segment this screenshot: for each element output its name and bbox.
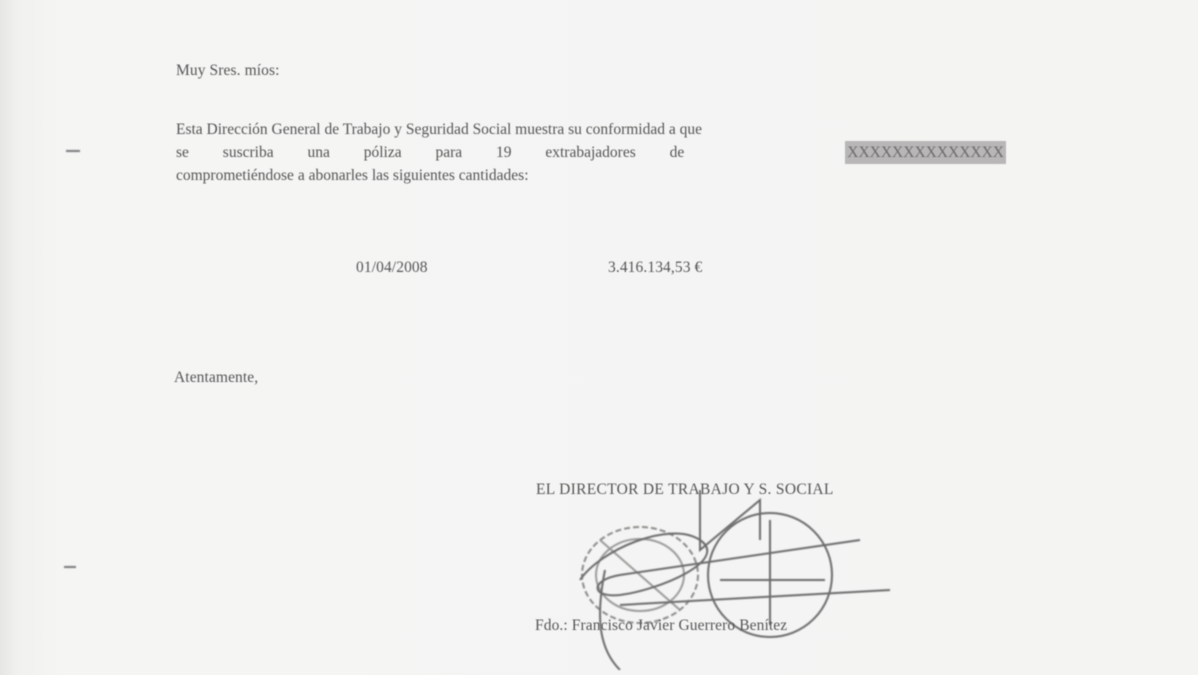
body-text: comprometiéndose a abonarles las siguien… <box>176 164 529 187</box>
body-text: Esta Dirección General de Trabajo y Segu… <box>176 118 702 141</box>
body-line-1: Esta Dirección General de Trabajo y Segu… <box>176 118 1006 141</box>
redacted-company: XXXXXXXXXXXXXX <box>845 141 1006 164</box>
closing: Atentamente, <box>174 369 258 387</box>
margin-mark <box>64 566 76 568</box>
payment-amount: 3.416.134,53 € <box>608 259 702 277</box>
greeting: Muy Sres. míos: <box>176 62 280 80</box>
body-paragraph: Esta Dirección General de Trabajo y Segu… <box>176 118 1006 187</box>
scanned-letter: Muy Sres. míos: Esta Dirección General d… <box>0 0 1198 675</box>
signer-name: Fdo.: Francisco Javier Guerrero Benítez <box>535 617 787 635</box>
body-line-2: se suscriba una póliza para 19 extrabaja… <box>176 141 1006 164</box>
body-line-3: comprometiéndose a abonarles las siguien… <box>176 164 1006 187</box>
payment-date: 01/04/2008 <box>356 259 428 277</box>
margin-mark <box>66 150 80 152</box>
stamp-and-signature-icon <box>560 480 1020 670</box>
body-text: se suscriba una póliza para 19 extrabaja… <box>176 141 684 164</box>
